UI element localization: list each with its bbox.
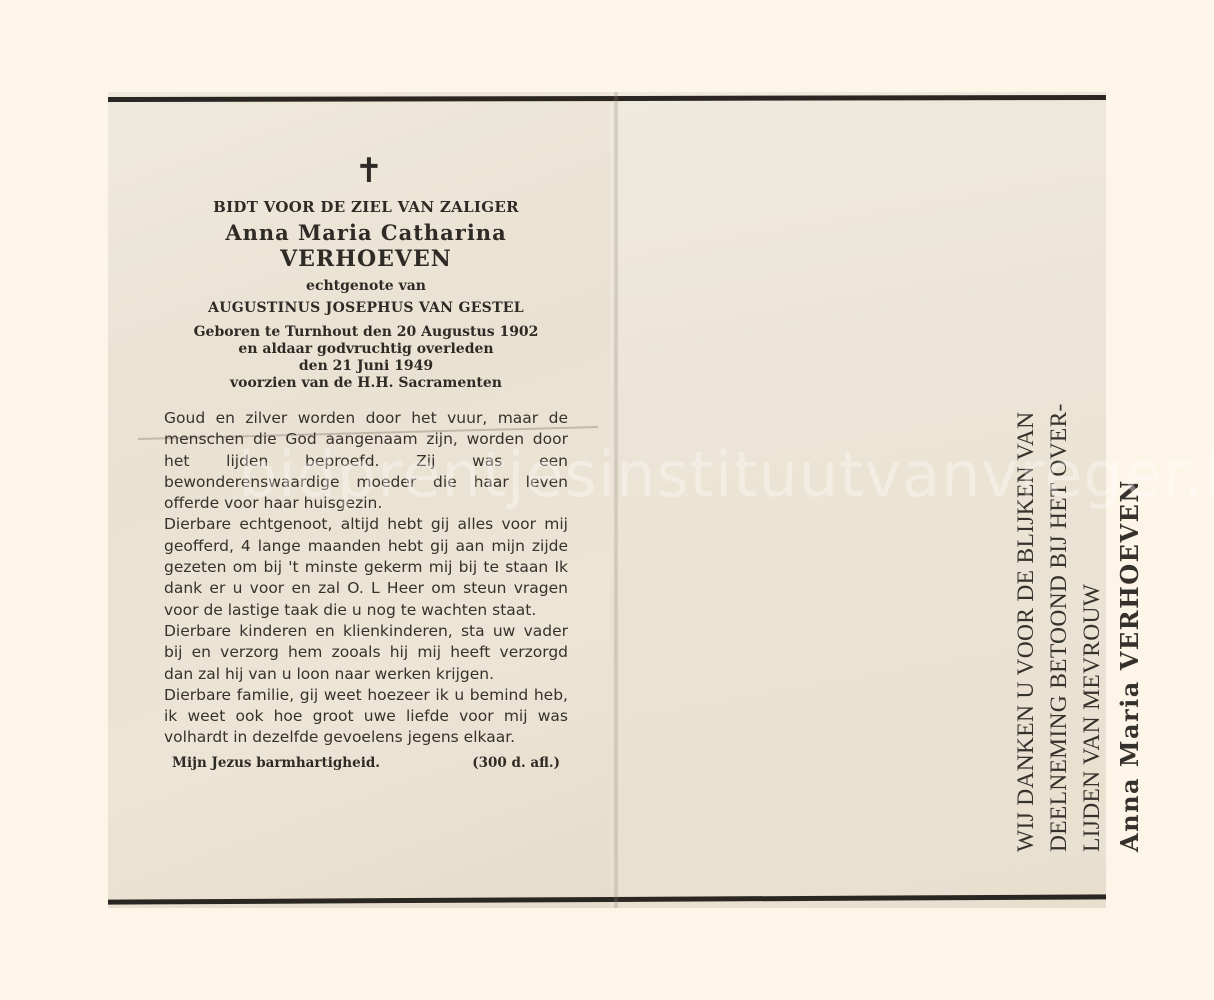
- death-line: en aldaar godvruchtig overleden: [160, 341, 572, 358]
- prayer-text: Mijn Jezus barmhartigheid.: [172, 755, 380, 771]
- thanks-text-block: WIJ DANKEN U VOOR DE BLIJKEN VAN DEELNEM…: [1010, 322, 1144, 852]
- death-date: den 21 Juni 1949: [160, 358, 572, 375]
- life-dates: Geboren te Turnhout den 20 Augustus 1902…: [160, 324, 572, 392]
- prayer-heading: BIDT VOOR DE ZIEL VAN ZALIGER: [160, 198, 572, 216]
- birth-line: Geboren te Turnhout den 20 Augustus 1902: [160, 324, 572, 341]
- thanks-line: WIJ DANKEN U VOOR DE BLIJKEN VAN: [1010, 322, 1043, 852]
- paragraph: Dierbare familie, gij weet hoezeer ik u …: [164, 685, 568, 749]
- prayer-footer: Mijn Jezus barmhartigheid. (300 d. afl.): [160, 755, 572, 771]
- indulgence-text: (300 d. afl.): [472, 755, 560, 771]
- sacraments-line: voorzien van de H.H. Sacramenten: [160, 375, 572, 392]
- deceased-first-names: Anna Maria Catharina: [160, 220, 572, 246]
- paragraph: Dierbare echtgenoot, altijd hebt gij all…: [164, 514, 568, 620]
- watermark: bidprentjesinstituutvanvreger.be: [238, 438, 1214, 511]
- deceased-surname: VERHOEVEN: [160, 246, 572, 272]
- cross-icon: ✝: [166, 154, 572, 188]
- thanks-line: LIJDEN VAN MEVROUW: [1076, 322, 1109, 852]
- thanks-line: DEELNEMING BETOOND BIJ HET OVER-: [1043, 322, 1076, 852]
- paragraph: Dierbare kinderen en klienkinderen, sta …: [164, 621, 568, 685]
- spouse-label: echtgenote van: [160, 278, 572, 294]
- spouse-name: AUGUSTINUS JOSEPHUS VAN GESTEL: [160, 300, 572, 316]
- thanks-deceased-name: Anna Maria VERHOEVEN: [1115, 322, 1144, 852]
